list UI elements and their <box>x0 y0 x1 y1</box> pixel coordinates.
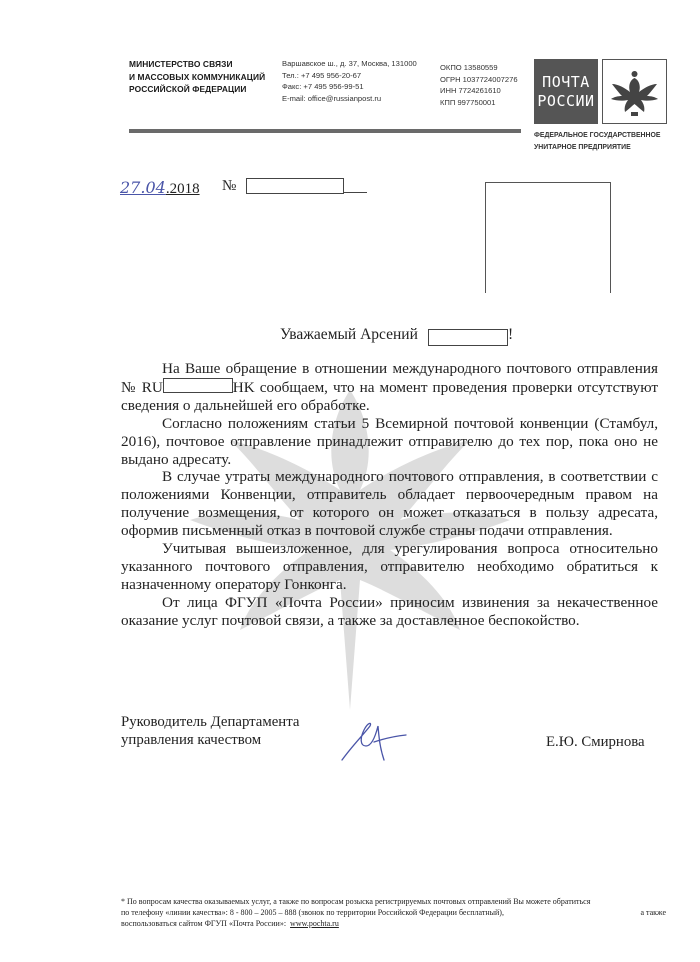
enterprise-line: ФЕДЕРАЛЬНОЕ ГОСУДАРСТВЕННОЕ <box>534 130 660 142</box>
addressee-redacted <box>485 182 611 293</box>
registration-codes: ОКПО 13580559 ОГРН 1037724007276 ИНН 772… <box>440 62 518 108</box>
logo-line: РОССИИ <box>534 92 598 111</box>
header-divider <box>129 129 521 133</box>
title-line: управления качеством <box>121 732 299 750</box>
ministry-name: МИНИСТЕРСТВО СВЯЗИ И МАССОВЫХ КОММУНИКАЦ… <box>129 58 265 96</box>
greeting: Уважаемый Арсений <box>280 326 418 344</box>
signatory-title: Руководитель Департамента управления кач… <box>121 714 299 749</box>
number-sign: № <box>222 178 236 195</box>
website-text: воспользоваться сайтом ФГУП «Почта Росси… <box>121 919 286 928</box>
enterprise-line: УНИТАРНОЕ ПРЕДПРИЯТИЕ <box>534 142 660 154</box>
tracking-number-redacted <box>163 378 233 393</box>
letter-date: 27.04.2018 <box>120 178 200 198</box>
paragraph-1: На Ваше обращение в отношении международ… <box>121 360 658 415</box>
paragraph-2: Согласно положениям статьи 5 Всемирной п… <box>121 415 658 469</box>
footnote-line-2: по телефону «линии качества»: 8 - 800 – … <box>121 907 666 918</box>
greeting-punct: ! <box>508 326 513 344</box>
logo-line: ПОЧТА <box>534 73 598 92</box>
date-year: .2018 <box>166 181 200 197</box>
contact-info: Варшавское ш., д. 37, Москва, 131000 Тел… <box>282 58 417 104</box>
footnote: * По вопросам качества оказываемых услуг… <box>121 896 666 929</box>
fax: Факс: +7 495 956-99-51 <box>282 81 417 93</box>
number-underline <box>343 192 367 193</box>
letter-number-redacted <box>246 178 344 194</box>
phone: Тел.: +7 495 956-20-67 <box>282 70 417 82</box>
website-link[interactable]: www.pochta.ru <box>290 919 339 928</box>
ministry-line: РОССИЙСКОЙ ФЕДЕРАЦИИ <box>129 83 265 96</box>
enterprise-type: ФЕДЕРАЛЬНОЕ ГОСУДАРСТВЕННОЕ УНИТАРНОЕ ПР… <box>534 130 660 153</box>
pochta-rossii-logo: ПОЧТА РОССИИ <box>534 59 598 124</box>
paragraph-5: От лица ФГУП «Почта России» приносим изв… <box>121 594 658 630</box>
okpo: ОКПО 13580559 <box>440 62 518 74</box>
double-headed-eagle-icon <box>602 59 667 124</box>
title-line: Руководитель Департамента <box>121 714 299 732</box>
handwritten-signature-icon <box>330 716 420 766</box>
footnote-line-3: воспользоваться сайтом ФГУП «Почта Росси… <box>121 918 666 929</box>
letter-body: На Ваше обращение в отношении международ… <box>121 360 658 630</box>
hotline-text: по телефону «линии качества»: 8 - 800 – … <box>121 907 504 918</box>
signatory-name: Е.Ю. Смирнова <box>546 734 645 751</box>
inn: ИНН 7724261610 <box>440 85 518 97</box>
address: Варшавское ш., д. 37, Москва, 131000 <box>282 58 417 70</box>
paragraph-3: В случае утраты международного почтового… <box>121 468 658 540</box>
footnote-also: а также <box>640 907 666 918</box>
ogrn: ОГРН 1037724007276 <box>440 74 518 86</box>
footnote-line-1: * По вопросам качества оказываемых услуг… <box>121 896 666 907</box>
date-handwritten: 27.04 <box>120 178 166 197</box>
ministry-line: И МАССОВЫХ КОММУНИКАЦИЙ <box>129 71 265 84</box>
email: E-mail: office@russianpost.ru <box>282 93 417 105</box>
ministry-line: МИНИСТЕРСТВО СВЯЗИ <box>129 58 265 71</box>
kpp: КПП 997750001 <box>440 97 518 109</box>
surname-redacted <box>428 329 508 346</box>
paragraph-4: Учитывая вышеизложенное, для урегулирова… <box>121 540 658 594</box>
